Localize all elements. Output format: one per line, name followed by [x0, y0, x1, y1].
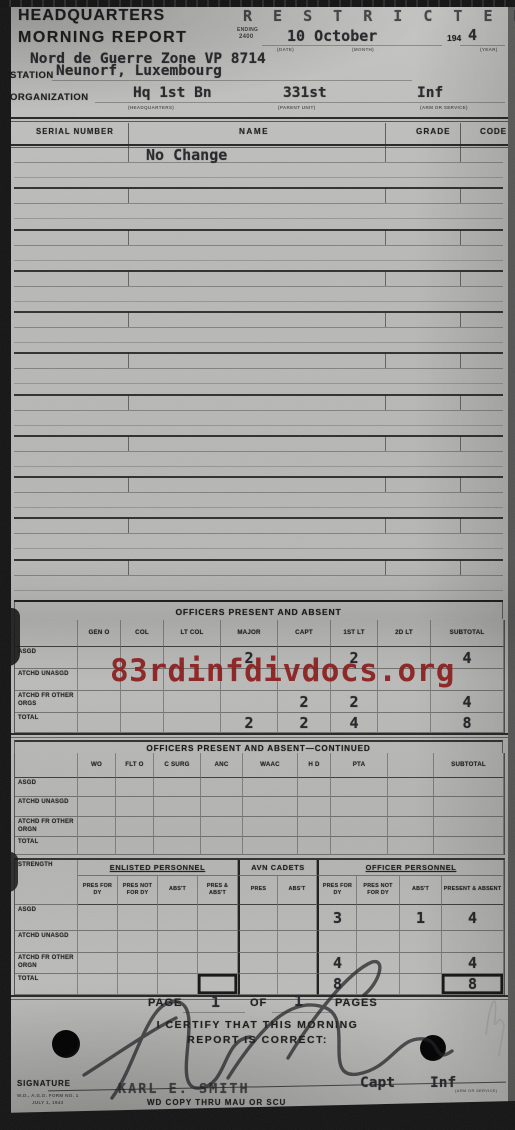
stat-value-cell	[116, 817, 154, 837]
strength-value-cell: 3	[317, 905, 357, 931]
roster-col-grade: GRADE	[416, 127, 451, 136]
strength-value-cell	[278, 931, 317, 953]
officers-section-title: OFFICERS PRESENT AND ABSENT	[14, 600, 503, 619]
roster-writing-line	[14, 590, 503, 591]
stat-value-cell	[388, 797, 434, 817]
strength-value-cell	[78, 931, 118, 953]
stat-value-cell	[201, 797, 243, 817]
stat-value-cell	[434, 778, 504, 797]
strength-value-cell	[357, 931, 400, 953]
roster-table: No Change	[14, 146, 503, 600]
stat-col-header: 1ST LT	[331, 620, 378, 647]
strength-value-cell	[78, 974, 118, 995]
stat-value-cell	[78, 837, 116, 855]
roster-row	[14, 517, 503, 560]
roster-header: SERIAL NUMBER NAME GRADE CODE	[14, 123, 503, 145]
strength-value-cell: 4	[442, 905, 504, 931]
roster-row	[14, 559, 503, 602]
stat-col-header: C SURG	[154, 753, 201, 778]
strength-col-header: ABS'T	[400, 876, 442, 905]
stat-col-header: CAPT	[278, 620, 331, 647]
stat-value-cell: 4	[331, 713, 378, 733]
stat-value-cell	[116, 837, 154, 855]
ending-time: 2400	[239, 34, 254, 40]
stat-row-label: ATCHD FR OTHER ORGN	[15, 817, 78, 837]
stat-value-cell	[243, 778, 298, 797]
officers-continued-table: WOFLT OC SURGANCWAACH DPTASUBTOTALASGDAT…	[14, 753, 505, 855]
roster-cell-divider	[460, 352, 461, 368]
strength-col-header: PRESENT & ABSENT	[442, 876, 504, 905]
stat-value-cell	[78, 797, 116, 817]
org-parent-small-label: (PARENT UNIT)	[278, 105, 316, 110]
roster-col-code: CODE	[480, 127, 507, 136]
roster-cell-divider	[385, 229, 386, 245]
strength-value-cell	[400, 931, 442, 953]
stat-value-cell	[378, 691, 431, 713]
stat-col-header: FLT O	[116, 753, 154, 778]
stat-value-cell	[298, 778, 331, 797]
arm-value: Inf	[430, 1075, 456, 1091]
stat-col-header: PTA	[331, 753, 388, 778]
stat-value-cell	[243, 817, 298, 837]
roster-writing-line	[14, 492, 503, 493]
stat-row-label: ATCHD UNASGD	[15, 669, 78, 691]
roster-writing-line	[14, 218, 503, 219]
strength-group-header: OFFICER PERSONNEL	[317, 860, 504, 876]
strength-value-cell	[118, 905, 158, 931]
station-value: Neunorf, Luxembourg	[56, 63, 222, 79]
strength-value-cell: 4	[317, 953, 357, 974]
strength-col-header: PRES FOR DY	[78, 876, 118, 905]
roster-writing-line	[14, 383, 503, 384]
roster-row	[14, 187, 503, 230]
roster-row	[14, 476, 503, 519]
roster-cell-divider	[385, 435, 386, 451]
stat-value-cell	[121, 691, 164, 713]
stat-col-header: WO	[78, 753, 116, 778]
roster-cell-divider	[128, 311, 129, 327]
strength-value-cell	[158, 931, 198, 953]
strength-table: STRENGTHENLISTED PERSONNELAVN CADETSOFFI…	[14, 858, 505, 995]
org-parent-value: 331st	[283, 85, 327, 101]
strength-value-cell	[238, 974, 278, 995]
rank-value: Capt	[360, 1075, 395, 1091]
strength-col-header: ABS'T	[278, 876, 317, 905]
strength-value-cell	[317, 931, 357, 953]
roster-writing-line	[14, 245, 503, 246]
stat-row-label: ASGD	[15, 647, 78, 669]
stat-value-cell	[201, 817, 243, 837]
roster-writing-line	[14, 507, 503, 508]
roster-writing-line	[14, 286, 503, 287]
roster-row	[14, 270, 503, 313]
roster-writing-line	[14, 342, 503, 343]
stat-col-header: 2D LT	[378, 620, 431, 647]
roster-row	[14, 435, 503, 478]
strength-value-cell: 1	[400, 905, 442, 931]
year-value: 4	[468, 26, 477, 44]
morning-report-scan: HEADQUARTERS R E S T R I C T E D MORNING…	[0, 0, 515, 1130]
strength-value-cell	[118, 974, 158, 995]
strength-value-cell	[238, 953, 278, 974]
strength-value-cell	[357, 974, 400, 995]
strength-value-cell: 8	[317, 974, 357, 995]
stat-value-cell	[434, 817, 504, 837]
roster-writing-line	[14, 410, 503, 411]
stat-value-cell	[154, 797, 201, 817]
stat-value-cell	[434, 797, 504, 817]
page-label: PAGE	[148, 997, 182, 1009]
strength-group-header: AVN CADETS	[238, 860, 317, 876]
roster-cell-divider	[128, 270, 129, 286]
roster-cell-divider	[128, 187, 129, 203]
stat-value-cell	[116, 778, 154, 797]
stat-value-cell	[154, 817, 201, 837]
strength-row-label: ASGD	[15, 905, 78, 931]
station-label: STATION	[10, 70, 54, 81]
roster-cell-divider	[460, 311, 461, 327]
roster-cell-divider	[385, 146, 386, 162]
pages-label: PAGES	[335, 997, 378, 1009]
strength-value-cell	[278, 905, 317, 931]
strength-value-cell	[238, 905, 278, 931]
strength-value-cell	[78, 905, 118, 931]
headquarters-label: HEADQUARTERS	[18, 7, 165, 25]
roster-cell-divider	[385, 311, 386, 327]
ending-label: ENDING	[237, 27, 258, 33]
year-prefix: 194	[447, 33, 461, 43]
stat-col-header: ANC	[201, 753, 243, 778]
stat-value-cell	[78, 778, 116, 797]
stat-value-cell	[378, 713, 431, 733]
roster-cell-divider	[460, 394, 461, 410]
form-id-line2: JULY 1, 1943	[32, 1100, 63, 1105]
certify-line1: I CERTIFY THAT THIS MORNING	[0, 1019, 515, 1031]
org-arm-small-label: (ARM OR SERVICE)	[420, 105, 468, 110]
stat-row-label: ATCHD FR OTHER ORGS	[15, 691, 78, 713]
stat-value-cell	[331, 797, 388, 817]
pages-value: 1	[294, 992, 303, 1010]
stat-value-cell	[243, 797, 298, 817]
stat-value-cell	[243, 837, 298, 855]
stat-value-cell	[201, 778, 243, 797]
roster-cell-divider	[385, 394, 386, 410]
site-watermark: 83rdinfdivdocs.org	[110, 653, 455, 689]
roster-writing-line	[14, 451, 503, 452]
strength-value-cell	[78, 953, 118, 974]
strength-value-cell	[357, 953, 400, 974]
stat-value-cell	[331, 837, 388, 855]
roster-cell-divider	[460, 476, 461, 492]
strength-group-header: ENLISTED PERSONNEL	[78, 860, 238, 876]
roster-col-name: NAME	[239, 127, 269, 136]
punch-hole-left	[52, 1030, 80, 1058]
stat-value-cell	[201, 837, 243, 855]
stat-value-cell	[298, 797, 331, 817]
stat-value-cell: 8	[431, 713, 504, 733]
roster-writing-line	[14, 203, 503, 204]
stat-value-cell	[78, 713, 121, 733]
stat-col-header: GEN O	[78, 620, 121, 647]
punch-hole-right	[420, 1035, 446, 1061]
stat-value-cell	[331, 817, 388, 837]
form-id-line1: W.D., A.G.O. FORM NO. 1	[17, 1093, 79, 1098]
stat-col-header: COL	[121, 620, 164, 647]
strength-value-cell	[442, 931, 504, 953]
stat-value-cell	[388, 837, 434, 855]
stat-row-label: TOTAL	[15, 713, 78, 733]
roster-cell-divider	[460, 517, 461, 533]
strength-col-header: PRES NOT FOR DY	[357, 876, 400, 905]
stat-row-label: TOTAL	[15, 837, 78, 855]
stat-value-cell: 2	[278, 713, 331, 733]
stat-col-header: SUBTOTAL	[434, 753, 504, 778]
report-date-value: 10 October	[287, 27, 377, 45]
stat-value-cell: 2	[331, 691, 378, 713]
stat-value-cell	[388, 778, 434, 797]
roster-writing-line	[14, 177, 503, 178]
strength-row-label: ATCHD FR OTHER ORGN	[15, 953, 78, 974]
restricted-stamp: R E S T R I C T E D	[243, 7, 515, 25]
roster-cell-divider	[385, 559, 386, 575]
signature-label: SIGNATURE	[17, 1079, 71, 1088]
strength-value-cell: 4	[442, 953, 504, 974]
roster-writing-line	[14, 466, 503, 467]
stat-value-cell	[331, 778, 388, 797]
strength-col-header: PRES NOT FOR DY	[118, 876, 158, 905]
org-hq-value: Hq 1st Bn	[133, 85, 212, 101]
roster-cell-divider	[385, 476, 386, 492]
stat-corner-cell	[15, 753, 78, 778]
roster-row: No Change	[14, 146, 503, 189]
roster-cell-divider	[128, 352, 129, 368]
stat-value-cell	[164, 713, 221, 733]
roster-cell-divider	[128, 476, 129, 492]
stat-value-cell: 2	[278, 691, 331, 713]
roster-cell-divider	[128, 517, 129, 533]
strength-value-cell	[198, 905, 238, 931]
roster-cell-divider	[128, 229, 129, 245]
strength-value-cell	[198, 953, 238, 974]
arm-small-label: (ARM OR SERVICE)	[455, 1088, 497, 1093]
stat-col-header: H D	[298, 753, 331, 778]
stat-value-cell	[164, 691, 221, 713]
officers-continued-title: OFFICERS PRESENT AND ABSENT—CONTINUED	[14, 740, 503, 753]
strength-value-cell	[357, 905, 400, 931]
stat-col-header: WAAC	[243, 753, 298, 778]
org-arm-value: Inf	[417, 85, 443, 101]
roster-cell-divider	[460, 435, 461, 451]
roster-cell-divider	[385, 517, 386, 533]
roster-row	[14, 229, 503, 272]
stat-value-cell: 2	[221, 713, 278, 733]
stat-row-label: ATCHD UNASGD	[15, 797, 78, 817]
strength-value-cell	[400, 974, 442, 995]
strength-value-cell	[400, 953, 442, 974]
strength-value-cell	[198, 974, 238, 995]
stat-row-label: ASGD	[15, 778, 78, 797]
strength-col-header: PRES	[238, 876, 278, 905]
roster-writing-line	[14, 425, 503, 426]
strength-col-header: PRES FOR DY	[317, 876, 357, 905]
stat-corner-cell	[15, 620, 78, 647]
roster-col-serial: SERIAL NUMBER	[36, 127, 114, 136]
roster-writing-line	[14, 575, 503, 576]
stat-value-cell	[154, 837, 201, 855]
roster-cell-divider	[385, 270, 386, 286]
of-label: OF	[250, 997, 267, 1009]
stat-value-cell	[116, 797, 154, 817]
roster-cell-divider	[460, 559, 461, 575]
strength-value-cell	[278, 953, 317, 974]
stat-value-cell	[121, 713, 164, 733]
strength-value-cell	[158, 905, 198, 931]
roster-writing-line	[14, 260, 503, 261]
strength-value-cell	[238, 931, 278, 953]
roster-cell-divider	[460, 270, 461, 286]
signature-typed-name: KARL E. SMITH	[118, 1081, 250, 1097]
month-small-label: (MONTH)	[352, 47, 374, 52]
roster-cell-divider	[128, 559, 129, 575]
stat-value-cell	[434, 837, 504, 855]
strength-col-header: PRES & ABS'T	[198, 876, 238, 905]
strength-value-cell	[118, 953, 158, 974]
roster-cell-divider	[385, 352, 386, 368]
strength-value-cell	[158, 974, 198, 995]
roster-writing-line	[14, 548, 503, 549]
stat-value-cell	[154, 778, 201, 797]
strength-corner-label: STRENGTH	[15, 860, 78, 905]
roster-cell-divider	[128, 146, 129, 162]
stat-value-cell	[298, 837, 331, 855]
distribution-note: WD COPY THRU MAU OR SCU	[147, 1098, 286, 1107]
year-small-label: (YEAR)	[480, 47, 498, 52]
stat-col-header: LT COL	[164, 620, 221, 647]
strength-row-label: TOTAL	[15, 974, 78, 995]
roster-entry-no-change: No Change	[146, 146, 227, 164]
stat-col-header	[388, 753, 434, 778]
stat-value-cell: 4	[431, 691, 504, 713]
roster-row	[14, 352, 503, 395]
roster-cell-divider	[128, 394, 129, 410]
roster-cell-divider	[460, 229, 461, 245]
strength-value-cell	[198, 931, 238, 953]
roster-writing-line	[14, 327, 503, 328]
stat-value-cell	[298, 817, 331, 837]
stat-value-cell	[78, 817, 116, 837]
strength-value-cell: 8	[442, 974, 504, 995]
roster-cell-divider	[460, 187, 461, 203]
stat-value-cell	[388, 817, 434, 837]
date-small-label: (DATE)	[277, 47, 294, 52]
strength-col-header: ABS'T	[158, 876, 198, 905]
strength-value-cell	[118, 931, 158, 953]
roster-writing-line	[14, 533, 503, 534]
roster-cell-divider	[460, 146, 461, 162]
roster-writing-line	[14, 301, 503, 302]
org-hq-small-label: (HEADQUARTERS)	[128, 105, 174, 110]
roster-row	[14, 394, 503, 437]
roster-writing-line	[14, 162, 503, 163]
roster-writing-line	[14, 368, 503, 369]
strength-row-label: ATCHD UNASGD	[15, 931, 78, 953]
organization-label: ORGANIZATION	[10, 92, 89, 103]
stat-value-cell	[78, 691, 121, 713]
page-value: 1	[211, 993, 220, 1011]
strength-value-cell	[158, 953, 198, 974]
stat-col-header: SUBTOTAL	[431, 620, 504, 647]
stat-col-header: MAJOR	[221, 620, 278, 647]
roster-cell-divider	[385, 187, 386, 203]
stat-value-cell	[221, 691, 278, 713]
roster-row	[14, 311, 503, 354]
roster-cell-divider	[128, 435, 129, 451]
morning-report-label: MORNING REPORT	[18, 29, 187, 47]
